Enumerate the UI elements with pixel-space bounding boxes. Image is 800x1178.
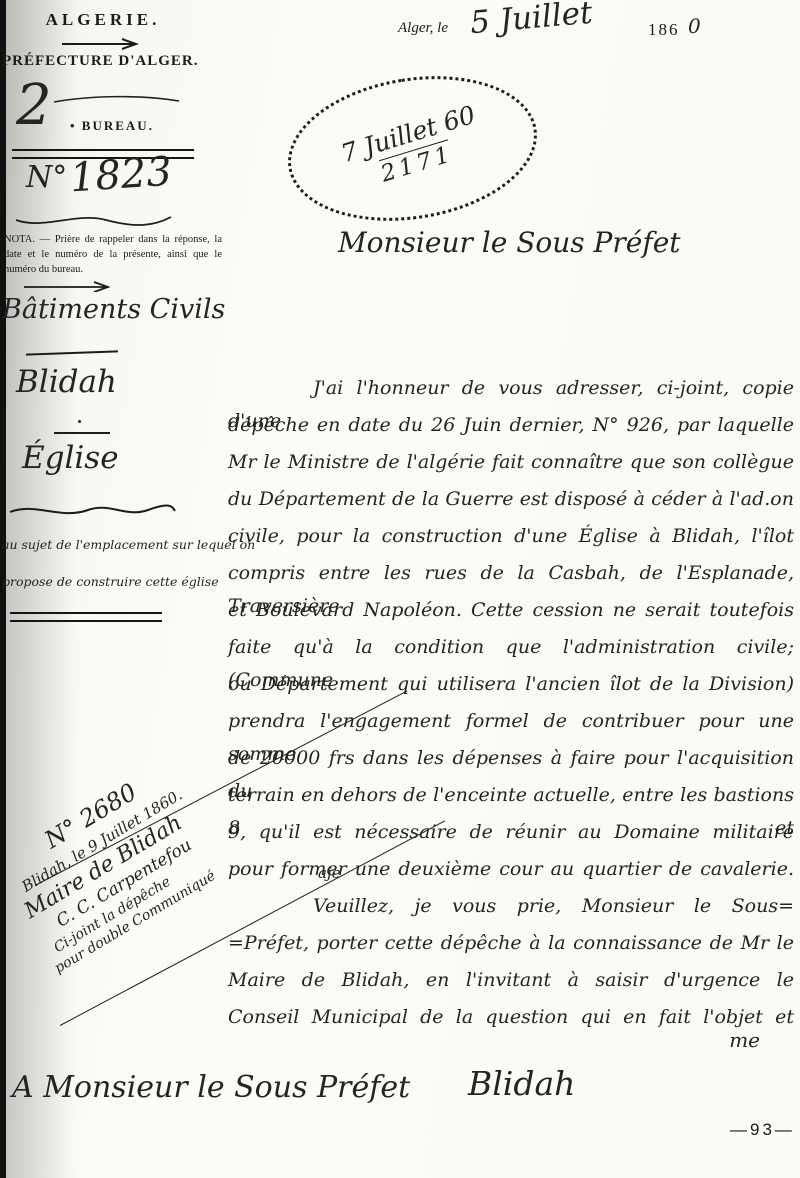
underline-rule: [54, 432, 110, 434]
dateline-place-printed: Alger, le: [398, 20, 448, 37]
body-line: =Préfet, porter cette dépêche à la conna…: [228, 927, 794, 964]
reception-stamp: 7 Juillet 60 2171: [278, 59, 548, 238]
arrow-flourish-icon: [22, 280, 118, 292]
body-line: du Département de la Guerre est disposé …: [228, 483, 794, 520]
margin-annotation: au sujet de l'emplacement sur lequel on …: [2, 526, 232, 600]
footer-address: A Monsieur le Sous Préfet: [12, 1070, 410, 1105]
body-line: compris entre les rues de la Casbah, de …: [228, 557, 794, 594]
scanned-letter-page: ALGERIE. PRÉFECTURE D'ALGER. 2 • BUREAU.…: [0, 0, 800, 1178]
reference-number-handwritten: 1823: [69, 149, 174, 202]
reception-stamp-content: 7 Juillet 60 2171: [276, 48, 550, 249]
body-line: Mr le Ministre de l'algérie fait connaît…: [228, 446, 794, 483]
letterhead-country: ALGERIE.: [28, 10, 178, 30]
body-line: dépêche en date du 26 Juin dernier, N° 9…: [228, 409, 794, 446]
body-line: et Boulevard Napoléon. Cette cession ne …: [228, 594, 794, 631]
margin-subject-blidah: Blidah: [16, 364, 117, 400]
wavy-flourish-icon: [8, 498, 178, 524]
dateline-day-handwritten: 5 Juillet: [469, 0, 594, 41]
body-line: J'ai l'honneur de vous adresser, ci-join…: [228, 372, 794, 409]
margin-subject-batiments-civils: Bâtiments Civils: [2, 294, 225, 325]
double-rule: [10, 612, 162, 622]
pen-flourish-icon: [52, 94, 182, 106]
body-line: de 20000 frs dans les dépenses à faire p…: [228, 742, 794, 779]
dateline-year-printed: 186: [648, 20, 680, 40]
margin-annotation-line2: propose de construire cette église: [2, 563, 232, 600]
body-line: faite qu'à la condition que l'administra…: [228, 631, 794, 668]
squiggle-underline-icon: [14, 210, 174, 230]
reference-label: N°: [26, 160, 67, 195]
salutation: Monsieur le Sous Préfet: [338, 226, 698, 259]
margin-annotation-line1: au sujet de l'emplacement sur lequel on: [2, 526, 232, 563]
dateline-year-handwritten: 0: [688, 14, 701, 38]
body-line: Maire de Blidah, en l'invitant à saisir …: [228, 964, 794, 1001]
margin-subject-eglise: Église: [22, 440, 119, 476]
catchword: me: [690, 1028, 760, 1052]
ink-dot: [78, 420, 81, 423]
bureau-number-handwritten: 2: [16, 78, 52, 134]
letterhead-office: PRÉFECTURE D'ALGER.: [2, 53, 222, 70]
body-line: prendra l'engagement formel de contribue…: [228, 705, 794, 742]
bureau-label: • BUREAU.: [70, 118, 154, 134]
nota-notice: NOTA. — Prière de rappeler dans la répon…: [4, 232, 222, 277]
footer-address-place: Blidah: [468, 1064, 575, 1103]
letter-body: J'ai l'honneur de vous adresser, ci-join…: [228, 372, 794, 1038]
arrow-rule-icon: [60, 36, 146, 50]
body-line: ou Département qui utilisera l'ancien îl…: [228, 668, 794, 705]
page-number: —93—: [730, 1120, 795, 1140]
body-line: civile, pour la construction d'une Églis…: [228, 520, 794, 557]
